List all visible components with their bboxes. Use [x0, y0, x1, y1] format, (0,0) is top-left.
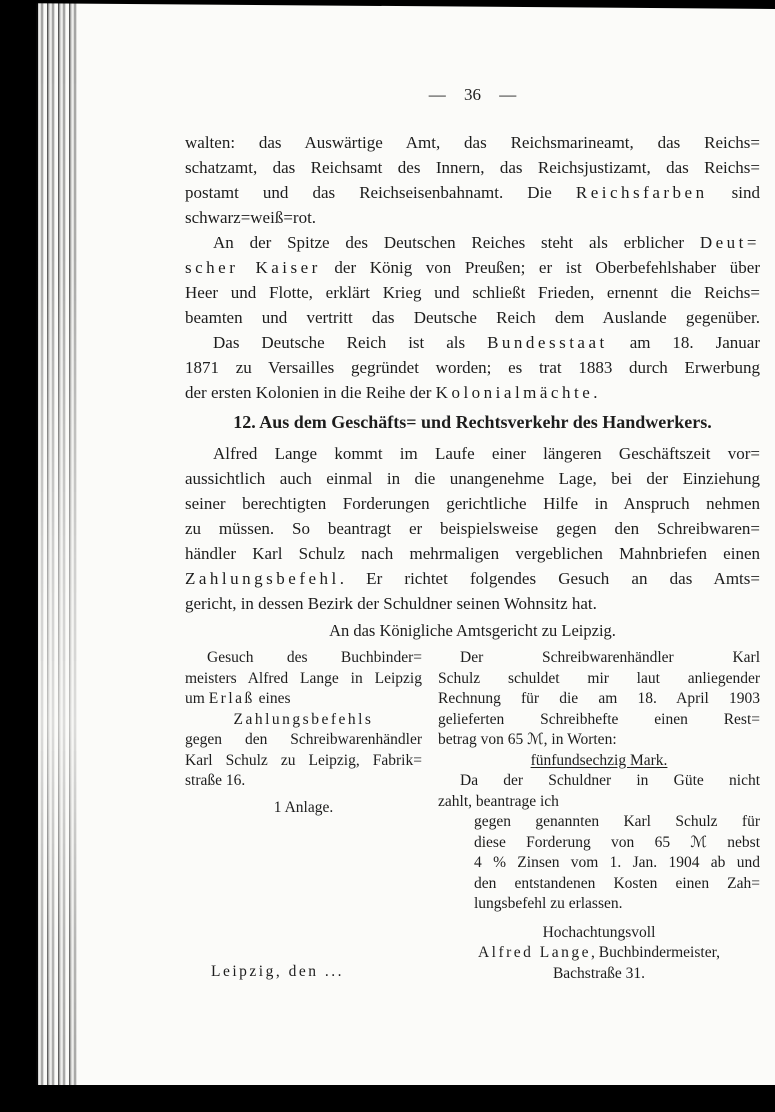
- text-line: meisters Alfred Lange in Leipzig: [185, 669, 422, 690]
- text-line: Bachstraße 31.: [438, 964, 760, 985]
- text-run: diese Forderung von 65 ℳ nebst: [474, 834, 760, 851]
- text-run: Rechnung für die am 18. April 1903: [438, 690, 760, 707]
- text-run: walten: das Auswärtige Amt, das Reichsma…: [185, 133, 760, 152]
- emphasized-text: Erlaß: [209, 690, 255, 707]
- text-line: Der Schreibwarenhändler Karl: [438, 648, 760, 669]
- text-line: Alfred Lange kommt im Laufe einer länger…: [185, 441, 760, 466]
- text-line: straße 16.: [185, 771, 422, 792]
- text-line: Hochachtungsvoll: [438, 923, 760, 944]
- text-run: Schulz schuldet mir laut anliegender: [438, 670, 760, 687]
- text-run: schwarz=weiß=rot.: [185, 208, 316, 227]
- scan-gutter-streaks: [36, 0, 80, 1112]
- text-line: Gesuch des Buchbinder=: [185, 648, 422, 669]
- paragraph-alfred-lange: Alfred Lange kommt im Laufe einer länger…: [185, 441, 760, 616]
- text-line: Leipzig, den ...: [185, 962, 422, 983]
- text-line: Das Deutsche Reich ist als Bundesstaat a…: [185, 330, 760, 355]
- paragraph-kaiser: An der Spitze des Deutschen Reiches steh…: [185, 230, 760, 330]
- text-run: Heer und Flotte, erklärt Krieg und schli…: [185, 283, 760, 302]
- paragraph-reichsaemter: walten: das Auswärtige Amt, das Reichsma…: [185, 130, 760, 230]
- text-run: .: [593, 383, 597, 402]
- text-run: am 18. Januar: [608, 333, 760, 352]
- emphasized-text: Zahlungsbefehl: [185, 569, 340, 588]
- text-line: An der Spitze des Deutschen Reiches steh…: [185, 230, 760, 255]
- text-run: zahlt, beantrage ich: [438, 793, 559, 810]
- text-line: Da der Schuldner in Güte nicht: [438, 771, 760, 792]
- body-text: walten: das Auswärtige Amt, das Reichsma…: [185, 130, 760, 642]
- text-block: — 36 — walten: das Auswärtige Amt, das R…: [185, 0, 760, 984]
- text-line: um Erlaß eines: [185, 689, 422, 710]
- text-run: postamt und das Reichseisenbahnamt. Die: [185, 183, 576, 202]
- court-address-line: An das Königliche Amtsgericht zu Leipzig…: [185, 620, 760, 642]
- scan-bottom-edge: [0, 1085, 775, 1112]
- text-run: Alfred Lange kommt im Laufe einer länger…: [213, 444, 760, 463]
- text-run: An der Spitze des Deutschen Reiches steh…: [213, 233, 700, 252]
- emphasized-text: scher Kaiser: [185, 258, 321, 277]
- text-run: seiner berechtigten Forderungen gerichtl…: [185, 494, 760, 513]
- text-line: gegen genannten Karl Schulz für: [438, 812, 760, 833]
- text-run: . Er richtet folgendes Gesuch an das Amt…: [340, 569, 760, 588]
- text-run: gegen genannten Karl Schulz für: [474, 813, 760, 830]
- text-line: gelieferten Schreibhefte einen Rest=: [438, 710, 760, 731]
- petition-right-column: Der Schreibwarenhändler KarlSchulz schul…: [438, 648, 760, 984]
- text-line: gegen den Schreibwarenhändler: [185, 730, 422, 751]
- text-line: scher Kaiser der König von Preußen; er i…: [185, 255, 760, 280]
- text-run: sind: [708, 183, 760, 202]
- emphasized-text: Reichsfarben: [576, 183, 708, 202]
- paragraph-bundesstaat: Das Deutsche Reich ist als Bundesstaat a…: [185, 330, 760, 405]
- emphasized-text: Leipzig, den ...: [211, 963, 344, 980]
- text-run: Gesuch des Buchbinder=: [207, 649, 422, 666]
- text-line: 1 Anlage.: [185, 798, 422, 819]
- text-run: beamten und vertritt das Deutsche Reich …: [185, 308, 760, 327]
- text-line: Schulz schuldet mir laut anliegender: [438, 669, 760, 690]
- date-line: Leipzig, den ...: [185, 962, 422, 983]
- text-run: lungsbefehl zu erlassen.: [474, 895, 623, 912]
- text-run: händler Karl Schulz nach mehrmaligen ver…: [185, 544, 760, 563]
- text-run: gelieferten Schreibhefte einen Rest=: [438, 711, 760, 728]
- emphasized-text: Kolonialmächte: [436, 383, 594, 402]
- text-line: seiner berechtigten Forderungen gerichtl…: [185, 491, 760, 516]
- text-run: der ersten Kolonien in die Reihe der: [185, 383, 436, 402]
- text-line: schwarz=weiß=rot.: [185, 205, 760, 230]
- text-run: den entstandenen Kosten einen Zah=: [474, 875, 760, 892]
- text-line: der ersten Kolonien in die Reihe der Kol…: [185, 380, 760, 405]
- emphasized-text: Alfred Lange: [478, 944, 591, 961]
- text-run: 1 Anlage.: [274, 799, 333, 816]
- text-line: 1871 zu Versailles gegründet worden; es …: [185, 355, 760, 380]
- petition-left-column: Leipzig, den ... Gesuch des Buchbinder=m…: [185, 648, 422, 984]
- text-run: straße 16.: [185, 772, 245, 789]
- text-line: Karl Schulz zu Leipzig, Fabrik=: [185, 751, 422, 772]
- text-line: Heer und Flotte, erklärt Krieg und schli…: [185, 280, 760, 305]
- emphasized-text: Bundesstaat: [487, 333, 608, 352]
- text-run: meisters Alfred Lange in Leipzig: [185, 670, 422, 687]
- text-run: der König von Preußen; er ist Oberbefehl…: [321, 258, 760, 277]
- text-line: den entstandenen Kosten einen Zah=: [438, 874, 760, 895]
- text-line: fünfundsechzig Mark.: [438, 751, 760, 772]
- text-run: Hochachtungsvoll: [543, 924, 656, 941]
- text-run: um: [185, 690, 209, 707]
- text-run: fünfundsechzig Mark.: [531, 752, 668, 769]
- text-line: postamt und das Reichseisenbahnamt. Die …: [185, 180, 760, 205]
- text-line: zahlt, beantrage ich: [438, 792, 760, 813]
- text-run: Der Schreibwarenhändler Karl: [460, 649, 760, 666]
- text-line: schatzamt, das Reichsamt des Innern, das…: [185, 155, 760, 180]
- text-run: betrag von 65 ℳ, in Worten:: [438, 731, 617, 748]
- text-line: Zahlungsbefehl. Er richtet folgendes Ges…: [185, 566, 760, 591]
- text-line: Zahlungsbefehls: [185, 710, 422, 731]
- text-run: , Buchbindermeister,: [591, 944, 720, 961]
- text-run: Das Deutsche Reich ist als: [213, 333, 487, 352]
- text-run: gericht, in dessen Bezirk der Schuldner …: [185, 594, 597, 613]
- text-run: Da der Schuldner in Güte nicht: [460, 772, 760, 789]
- text-run: eines: [255, 690, 291, 707]
- text-line: Rechnung für die am 18. April 1903: [438, 689, 760, 710]
- text-run: gegen den Schreibwarenhändler: [185, 731, 422, 748]
- text-run: Karl Schulz zu Leipzig, Fabrik=: [185, 752, 422, 769]
- emphasized-text: Deut=: [700, 233, 760, 252]
- text-line: walten: das Auswärtige Amt, das Reichsma…: [185, 130, 760, 155]
- text-run: aussichtlich auch einmal in die unangene…: [185, 469, 760, 488]
- text-line: Alfred Lange, Buchbindermeister,: [438, 943, 760, 964]
- scanned-book-page: — 36 — walten: das Auswärtige Amt, das R…: [0, 0, 775, 1112]
- scan-gutter-shadow: [0, 0, 38, 1112]
- text-line: diese Forderung von 65 ℳ nebst: [438, 833, 760, 854]
- text-line: gericht, in dessen Bezirk der Schuldner …: [185, 591, 760, 616]
- text-line: betrag von 65 ℳ, in Worten:: [438, 730, 760, 751]
- page-number: — 36 —: [185, 84, 760, 105]
- text-line: beamten und vertritt das Deutsche Reich …: [185, 305, 760, 330]
- text-line: zu müssen. So beantragt er beispielsweis…: [185, 516, 760, 541]
- section-heading: 12. Aus dem Geschäfts= und Rechtsverkehr…: [185, 409, 760, 435]
- text-line: aussichtlich auch einmal in die unangene…: [185, 466, 760, 491]
- text-run: schatzamt, das Reichsamt des Innern, das…: [185, 158, 760, 177]
- petition-columns: Leipzig, den ... Gesuch des Buchbinder=m…: [185, 648, 760, 984]
- text-run: 1871 zu Versailles gegründet worden; es …: [185, 358, 760, 377]
- emphasized-text: Zahlungsbefehls: [234, 711, 374, 728]
- text-line: händler Karl Schulz nach mehrmaligen ver…: [185, 541, 760, 566]
- text-line: 4 % Zinsen vom 1. Jan. 1904 ab und: [438, 853, 760, 874]
- text-run: zu müssen. So beantragt er beispielsweis…: [185, 519, 760, 538]
- text-run: 4 % Zinsen vom 1. Jan. 1904 ab und: [474, 854, 760, 871]
- text-line: lungsbefehl zu erlassen.: [438, 894, 760, 915]
- text-run: Bachstraße 31.: [553, 965, 645, 982]
